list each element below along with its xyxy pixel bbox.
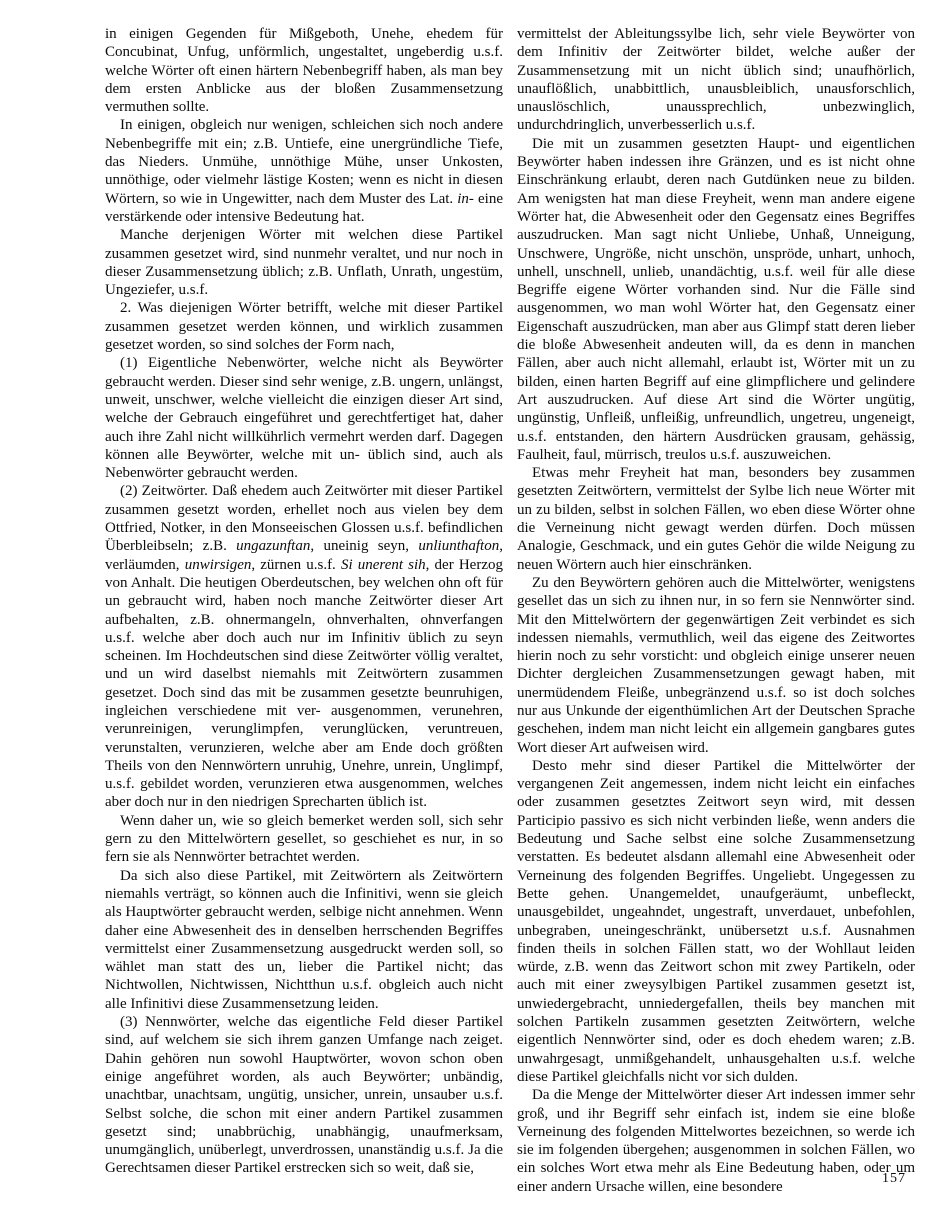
text-segment: in- (457, 191, 474, 207)
text-segment: Die mit un zusammen gesetzten Haupt- und… (517, 136, 915, 463)
paragraph: Etwas mehr Freyheit hat man, besonders b… (517, 464, 915, 574)
paragraph: Desto mehr sind dieser Partikel die Mitt… (517, 757, 915, 1086)
text-segment: unwirsigen (185, 557, 252, 573)
text-segment: Si unerent sih (341, 557, 426, 573)
text-segment: (3) Nennwörter, welche das eigentliche F… (105, 1014, 503, 1176)
text-segment: Da sich also diese Partikel, mit Zeitwör… (105, 868, 503, 1012)
text-segment: Desto mehr sind dieser Partikel die Mitt… (517, 758, 915, 1085)
text-column-left: in einigen Gegenden für Mißgeboth, Unehe… (105, 25, 503, 1178)
text-segment: (1) Eigentliche Nebenwörter, welche nich… (105, 355, 503, 481)
text-column-right: vermittelst der Ableitungssylbe lich, se… (517, 25, 915, 1196)
text-segment: , zürnen u.s.f. (251, 557, 341, 573)
text-segment: , der Herzog von Anhalt. Die heutigen Ob… (105, 557, 503, 811)
paragraph: in einigen Gegenden für Mißgeboth, Unehe… (105, 25, 503, 116)
text-segment: , uneinig seyn, (310, 538, 418, 554)
paragraph: In einigen, obgleich nur wenigen, schlei… (105, 116, 503, 226)
text-segment: Da die Menge der Mittelwörter dieser Art… (517, 1087, 915, 1194)
text-segment: Zu den Beywörtern gehören auch die Mitte… (517, 575, 915, 756)
paragraph: Da sich also diese Partikel, mit Zeitwör… (105, 867, 503, 1013)
paragraph: Manche derjenigen Wörter mit welchen die… (105, 226, 503, 299)
paragraph: 2. Was diejenigen Wörter betrifft, welch… (105, 299, 503, 354)
paragraph: (2) Zeitwörter. Daß ehedem auch Zeitwört… (105, 482, 503, 811)
text-segment: In einigen, obgleich nur wenigen, schlei… (105, 117, 503, 206)
text-segment: Wenn daher un, wie so gleich bemerket we… (105, 813, 503, 866)
paragraph: Zu den Beywörtern gehören auch die Mitte… (517, 574, 915, 757)
text-segment: ungazunftan (236, 538, 310, 554)
text-segment: vermittelst der Ableitungssylbe lich, se… (517, 26, 915, 133)
paragraph: Wenn daher un, wie so gleich bemerket we… (105, 812, 503, 867)
document-page: in einigen Gegenden für Mißgeboth, Unehe… (0, 0, 935, 1210)
paragraph: vermittelst der Ableitungssylbe lich, se… (517, 25, 915, 135)
paragraph: Da die Menge der Mittelwörter dieser Art… (517, 1086, 915, 1196)
text-segment: Manche derjenigen Wörter mit welchen die… (105, 227, 503, 298)
page-number: 157 (882, 1170, 906, 1188)
paragraph: (3) Nennwörter, welche das eigentliche F… (105, 1013, 503, 1178)
text-segment: Etwas mehr Freyheit hat man, besonders b… (517, 465, 915, 572)
paragraph: Die mit un zusammen gesetzten Haupt- und… (517, 135, 915, 464)
text-segment: 2. Was diejenigen Wörter betrifft, welch… (105, 300, 503, 353)
paragraph: (1) Eigentliche Nebenwörter, welche nich… (105, 354, 503, 482)
text-segment: in einigen Gegenden für Mißgeboth, Unehe… (105, 26, 503, 115)
text-segment: unliunthafton (418, 538, 499, 554)
